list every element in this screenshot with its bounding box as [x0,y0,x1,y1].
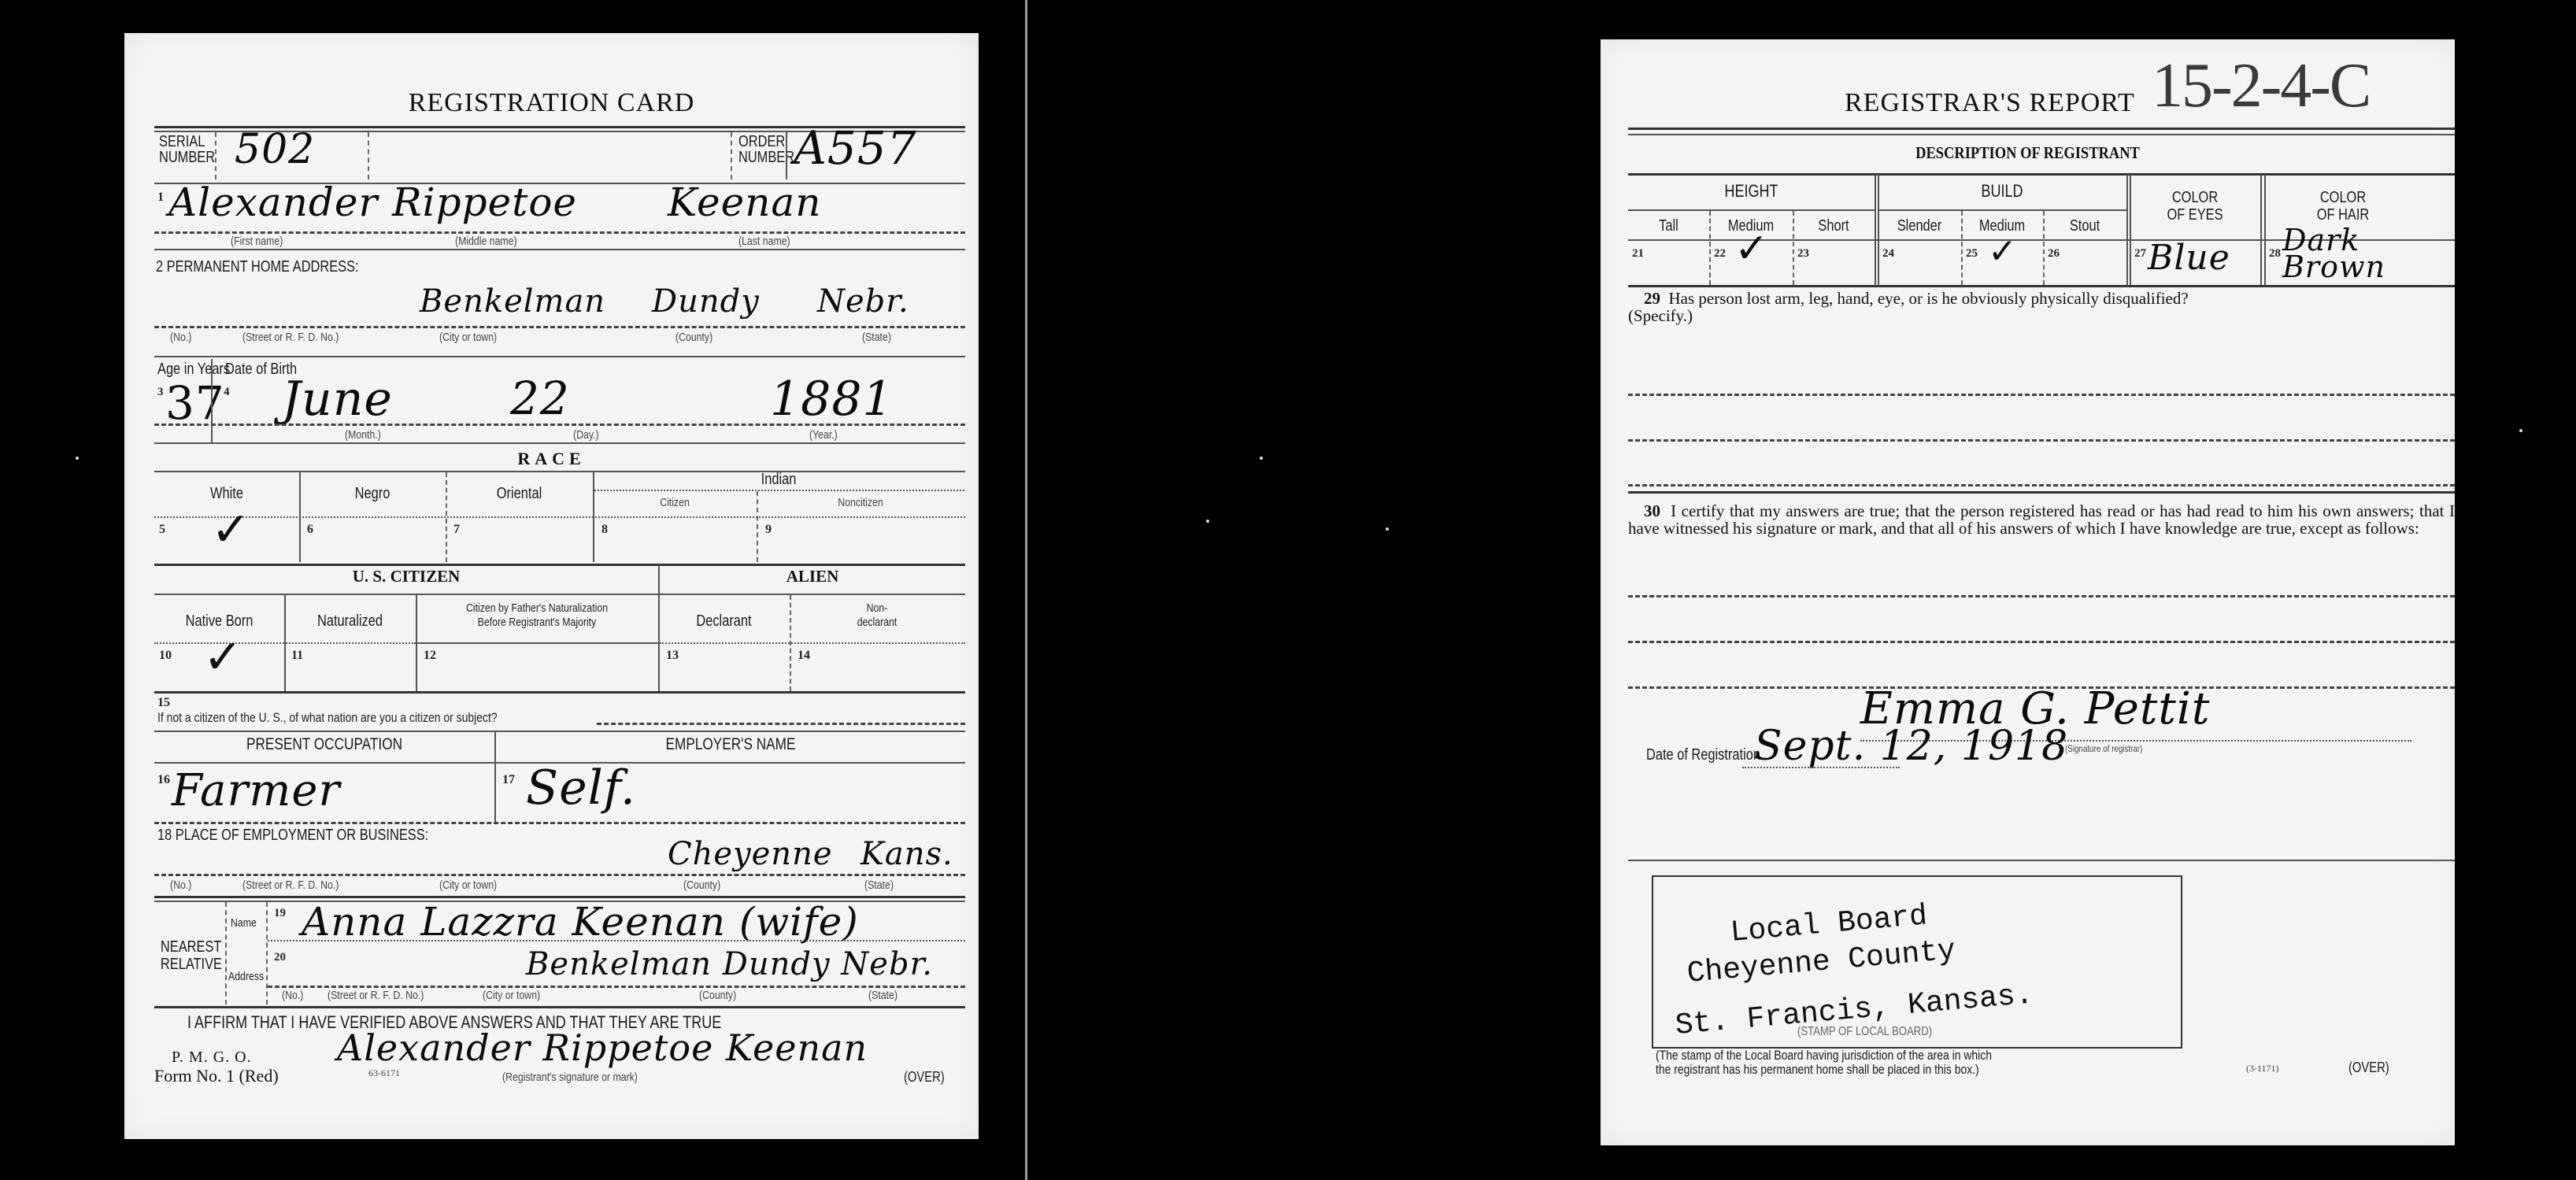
race-oriental-label: Oriental [459,485,579,503]
home-county-value: Dundy [652,283,760,320]
father-naturalization-label: Citizen by Father's Naturalization Befor… [438,601,637,630]
serial-number-value: 502 [235,126,315,173]
field-number: 14 [798,649,810,663]
divider [154,356,965,357]
divider [154,564,965,566]
first-name-value: Alexander [168,179,378,225]
address-state-label: (State) [862,331,891,344]
dust-speck [1386,527,1389,531]
registration-card: REGISTRATION CARD SERIAL NUMBER 502 ORDE… [124,33,979,1139]
declarant-label: Declarant [670,612,778,631]
occupation-value: Farmer [172,765,340,816]
height-short-label: Short [1800,217,1867,235]
home-state-value: Nebr. [817,283,909,320]
employer-heading: EMPLOYER'S NAME [539,735,923,754]
serial-number-label: SERIAL NUMBER [159,134,215,165]
field-number: 9 [765,523,772,537]
divider [368,132,369,179]
divider [1628,209,1875,211]
field-number: 10 [159,649,172,663]
description-heading: DESCRIPTION OF REGISTRANT [1652,143,2404,163]
field-number: 12 [424,649,436,663]
employment-county-value: Cheyenne [668,836,833,872]
place-of-employment-label: 18 PLACE OF EMPLOYMENT OR BUSINESS: [157,827,428,845]
divider [1628,491,2455,494]
us-citizen-heading: U. S. CITIZEN [154,567,658,586]
field-number: 4 [224,386,230,399]
certification-answer-line[interactable] [1628,641,2455,643]
birth-month-label: (Month.) [345,428,381,442]
birth-year-value: 1881 [770,372,894,427]
relative-address-label: Address [228,970,264,983]
divider [1875,175,1876,285]
relative-name-label: Name [231,916,257,930]
race-white-checkmark[interactable]: ✓ [211,502,250,557]
employment-city-label: (City or town) [439,879,497,892]
build-medium-checkmark[interactable]: ✓ [1988,231,2017,272]
dust-speck [2519,429,2522,432]
divider [215,132,217,179]
divider [211,359,213,444]
dotted-line [268,940,965,941]
last-name-value: Keenan [668,179,821,225]
disqualification-answer-line[interactable] [1628,484,2455,486]
stamp-caption: (The stamp of the Local Board having jur… [1656,1049,1992,1077]
field-number: 3 [157,386,164,399]
relative-county-label: (County) [699,989,736,1002]
dotted-line [154,822,965,824]
divider [658,565,660,691]
employer-value: Self. [526,760,636,816]
dotted-line [154,231,965,234]
field-number: 22 [1714,247,1726,261]
race-indian-citizen-label: Citizen [608,496,742,509]
native-born-checkmark[interactable]: ✓ [203,630,242,685]
age-value: 37 [165,376,225,430]
employment-street-label: (Street or R. F. D. No.) [242,879,339,892]
birth-day-value: 22 [510,372,570,425]
field-number: 13 [666,649,679,663]
divider [1878,209,2126,211]
card-title: REGISTRATION CARD [124,88,979,118]
field-number: 5 [159,523,165,537]
over-label: (OVER) [2348,1060,2389,1076]
registrant-signature: Alexander Rippetoe Keenan [337,1026,868,1069]
birth-year-label: (Year.) [809,428,838,442]
stamp-code: 15-2-4-C [2152,50,2370,122]
order-number-value: A557 [794,121,917,175]
dust-speck [1206,520,1209,523]
build-stout-label: Stout [2051,217,2119,235]
relative-address-value: Benkelman Dundy Nebr. [526,946,933,982]
divider [266,902,268,1004]
divider [757,491,758,562]
divider [154,731,965,732]
field-number: 23 [1797,247,1809,261]
signature-label: (Registrant's signature or mark) [502,1071,638,1084]
dotted-line [268,986,965,988]
divider [1628,128,2455,130]
form-office: P. M. G. O. [172,1049,252,1067]
registration-date-label: Date of Registration [1646,746,1760,764]
divider [731,132,732,179]
divider [1709,211,1711,285]
divider [2260,175,2262,285]
dotted-line [154,424,965,426]
divider [2130,175,2131,285]
race-indian-label: Indian [626,471,931,489]
eye-color-heading: COLOR OF EYES [2141,189,2248,224]
registration-date-value: Sept. 12, 1918 [1754,723,2068,770]
divider [660,642,965,644]
home-city-value: Benkelman [420,283,605,320]
build-heading: BUILD [1900,181,2104,202]
nation-answer-line[interactable] [597,723,965,725]
divider [154,249,965,250]
divider [154,691,965,694]
relative-state-label: (State) [868,989,898,1002]
dotted-line [154,874,965,876]
nearest-relative-label: NEAREST RELATIVE [161,938,217,973]
middle-name-label: (Middle name) [455,235,517,248]
dust-speck [1260,457,1263,460]
dotted-line [154,326,965,328]
race-heading: RACE [124,449,979,469]
employment-county-label: (County) [683,879,720,892]
divider [1961,211,1963,285]
hair-color-value: Dark Brown [2282,227,2448,280]
eye-color-value: Blue [2148,238,2230,278]
race-negro-label: Negro [313,485,433,503]
relative-street-label: (Street or R. F. D. No.) [328,989,424,1002]
field-number: 28 [2269,247,2281,261]
divider [2264,175,2266,285]
divider [1793,211,1794,285]
nation-question: If not a citizen of the U. S., of what n… [157,710,498,726]
field-number: 17 [502,773,515,787]
divider [2043,211,2045,285]
print-code: (3-1171) [2246,1063,2279,1075]
registrars-report-card: REGISTRAR'S REPORT 15-2-4-C DESCRIPTION … [1601,39,2455,1145]
height-medium-checkmark[interactable]: ✓ [1734,225,1769,272]
divider [154,1006,965,1008]
divider [1628,134,2455,135]
address-no-label: (No.) [170,331,191,344]
naturalized-label: Naturalized [296,612,404,631]
home-address-label: 2 PERMANENT HOME ADDRESS: [156,258,359,276]
relative-name-value: Anna Lazzra Keenan (wife) [302,899,859,945]
dust-speck [76,457,79,460]
date-line [1742,767,1900,768]
divider [154,896,965,898]
disqualification-answer-line[interactable] [1628,394,2455,396]
middle-name-value: Rippetoe [392,179,577,225]
field-number: 7 [453,523,460,537]
divider [154,516,965,518]
relative-no-label: (No.) [282,989,303,1002]
field-number: 15 [157,696,170,710]
divider [1878,175,1879,285]
field-number: 16 [157,773,170,787]
certification-text: 30 I certify that my answers are true; t… [1628,502,2455,537]
native-born-label: Native Born [166,612,272,631]
divider [154,642,416,644]
height-tall-label: Tall [1635,217,1701,235]
divider [594,490,964,491]
field-number: 27 [2134,247,2146,261]
address-county-label: (County) [675,331,712,344]
field-number: 20 [274,951,286,964]
divider [1628,173,2455,176]
disqualification-answer-line[interactable] [1628,439,2455,442]
divider [225,902,227,1004]
first-name-label: (First name) [231,235,283,248]
race-indian-noncitizen-label: Noncitizen [775,496,946,509]
employment-state-value: Kans. [861,836,953,872]
field-number: 25 [1966,247,1978,261]
report-title: REGISTRAR'S REPORT [1845,88,2135,118]
divider [786,132,787,179]
stamp-placeholder: (STAMP OF LOCAL BOARD) [1797,1025,1932,1039]
divider [1628,860,2455,861]
divider [1628,285,2455,287]
field-number: 6 [307,523,313,537]
scan-edge-line [1025,0,1027,1180]
certification-answer-line[interactable] [1628,595,2455,597]
employment-no-label: (No.) [170,879,191,892]
field-number: 26 [2048,247,2060,261]
registrar-signature-label: (Signature of registrar) [2065,743,2142,754]
field-number: 19 [274,907,286,920]
divider [416,642,658,644]
disqualification-question: 29 Has person lost arm, leg, hand, eye, … [1628,290,2455,324]
field-number: 8 [601,523,608,537]
address-city-label: (City or town) [439,331,497,344]
field-number: 24 [1882,247,1894,261]
birth-month-value: June [282,372,393,427]
hair-color-heading: COLOR OF HAIR [2278,189,2408,224]
field-number: 21 [1632,247,1644,261]
over-label: (OVER) [904,1069,945,1086]
employment-state-label: (State) [864,879,894,892]
height-heading: HEIGHT [1650,181,1852,202]
race-white-label: White [168,485,287,503]
non-declarant-label: Non- declarant [805,601,949,630]
build-slender-label: Slender [1886,217,1954,235]
field-number: 1 [157,191,164,205]
field-number: 11 [291,649,303,663]
divider [2126,175,2128,285]
divider [154,442,965,444]
occupation-heading: PRESENT OCCUPATION [185,735,464,754]
divider [494,732,496,823]
birth-day-label: (Day.) [573,428,599,442]
alien-heading: ALIEN [660,567,965,586]
last-name-label: (Last name) [738,235,790,248]
form-number: Form No. 1 (Red) [154,1066,279,1086]
relative-city-label: (City or town) [483,989,540,1002]
divider [154,594,965,595]
print-code: 63-6171 [368,1067,400,1079]
address-street-label: (Street or R. F. D. No.) [242,331,339,344]
